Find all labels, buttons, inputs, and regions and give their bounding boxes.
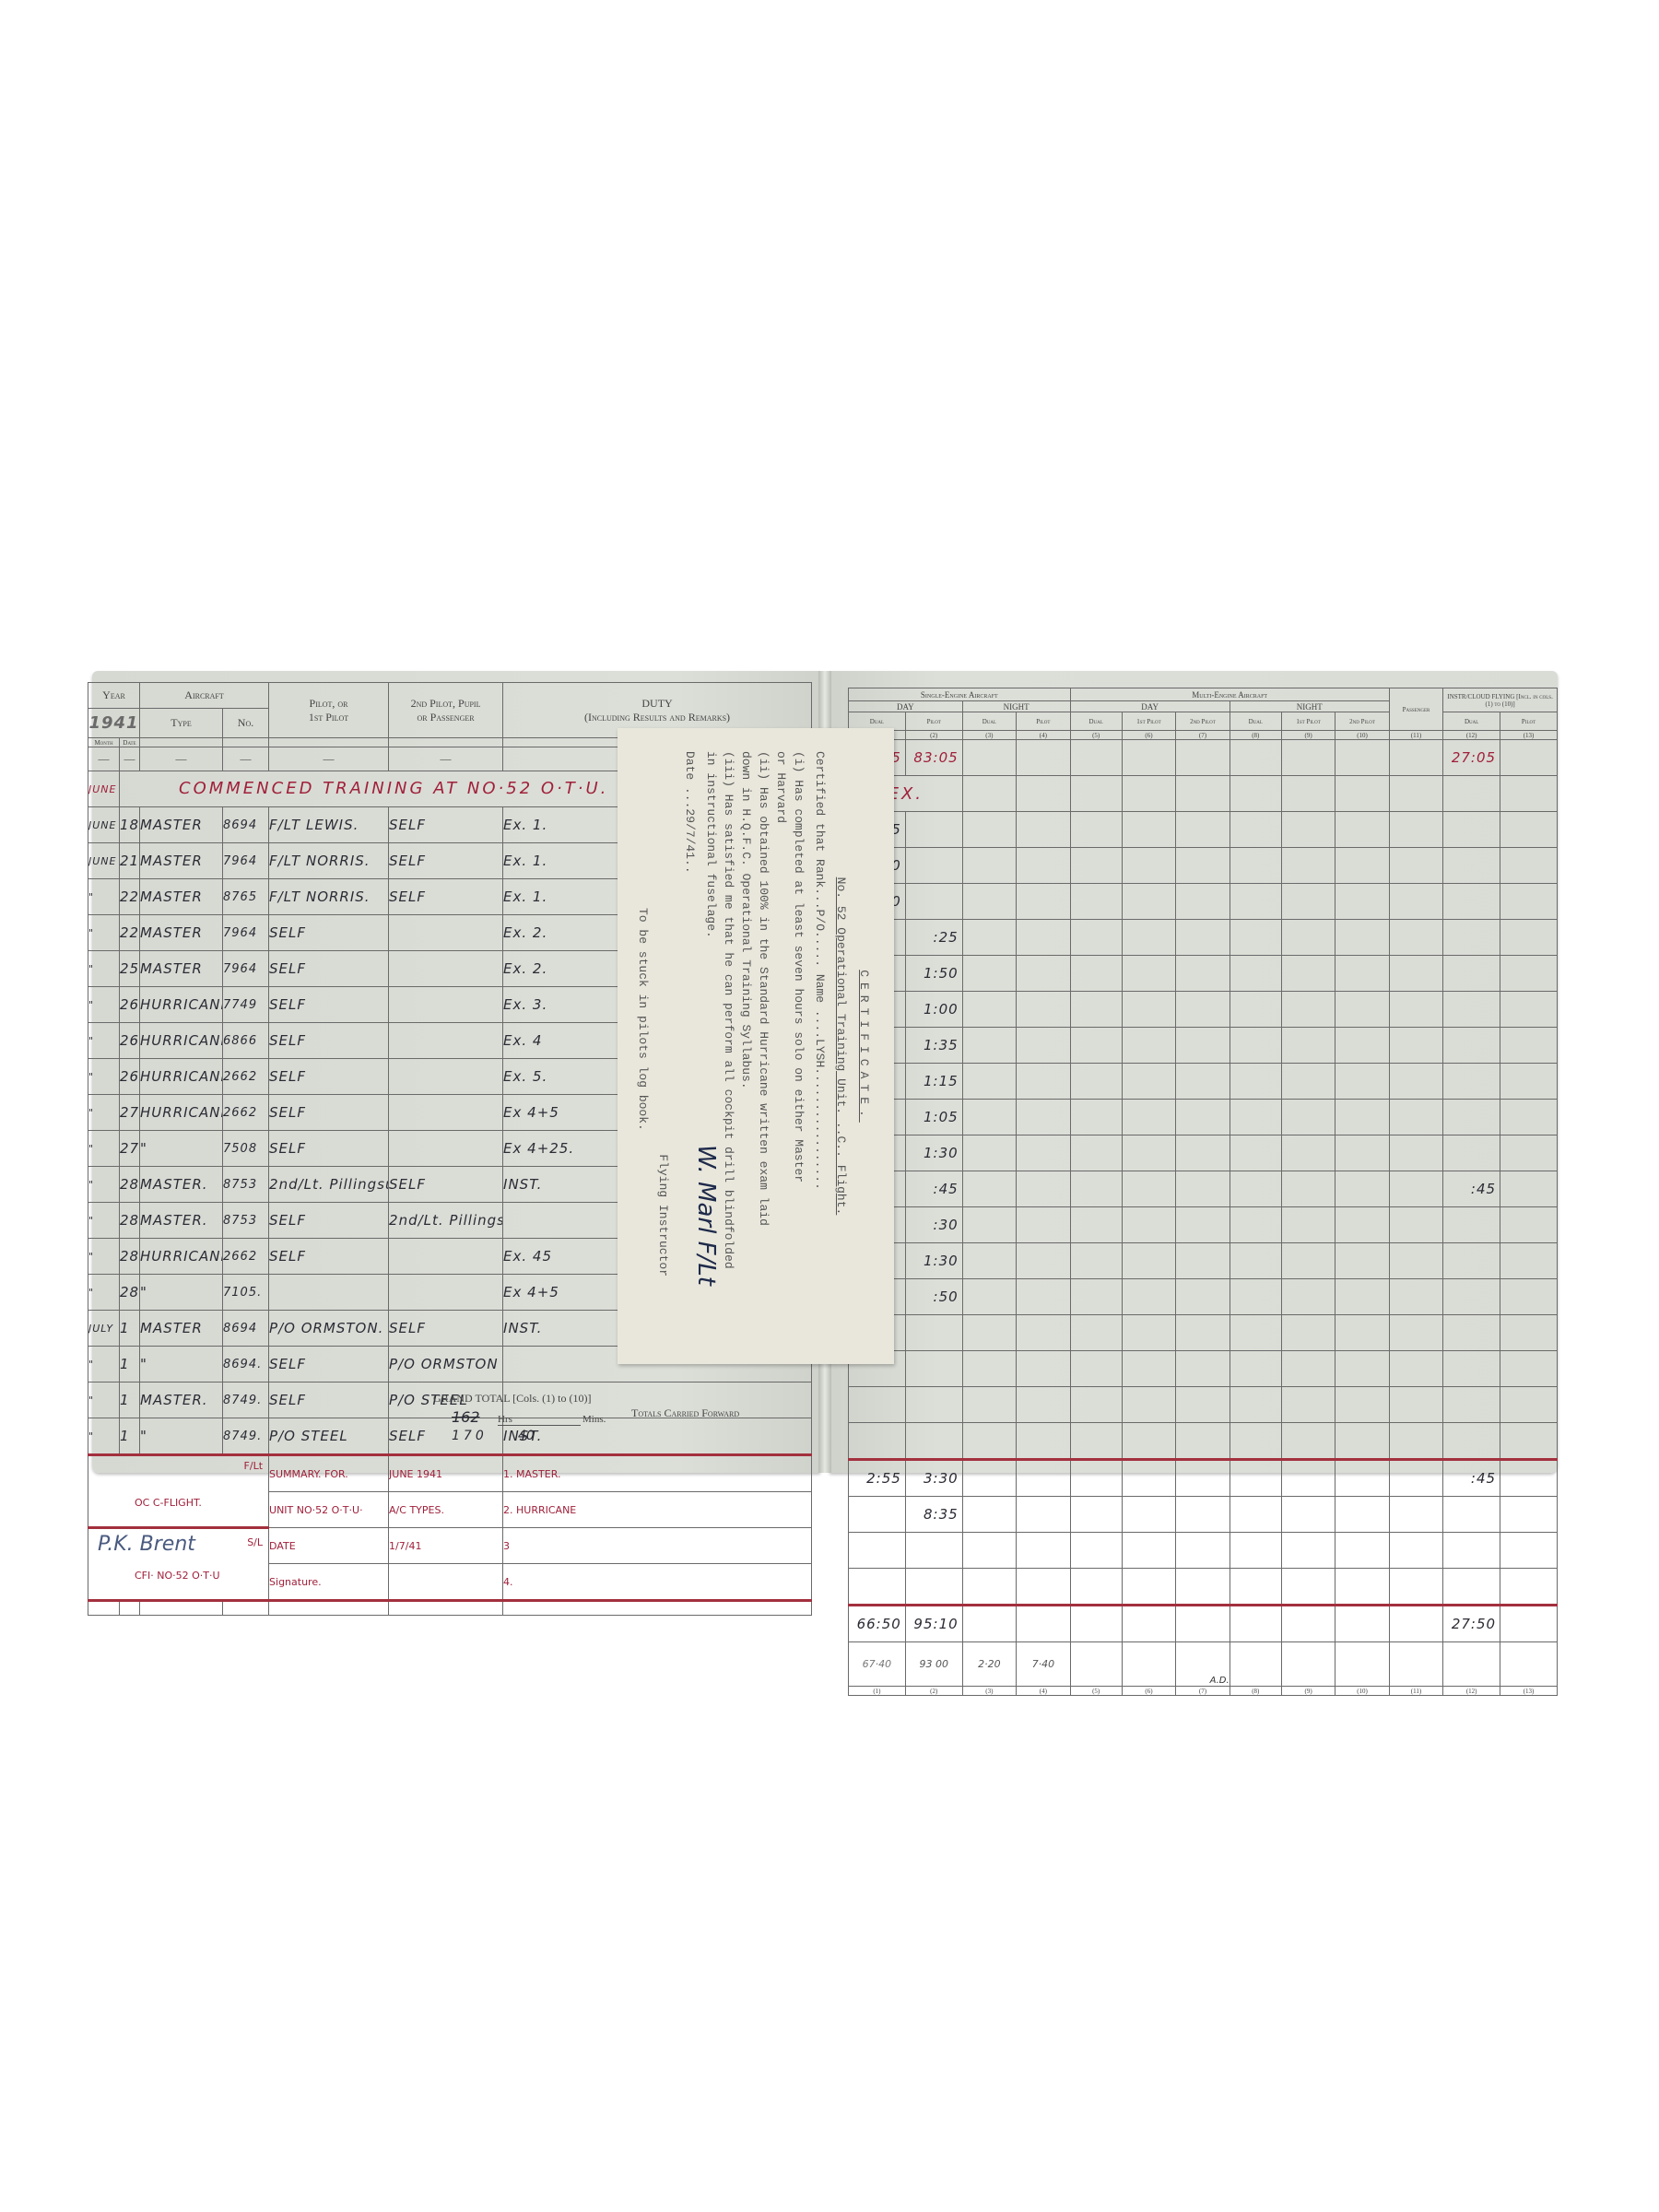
year-value: 1941 <box>88 709 140 738</box>
instr-dual-time <box>1443 1279 1500 1315</box>
column-number: (10) <box>1335 1687 1389 1696</box>
right-log-table: Single-Engine Aircraft Multi-Engine Airc… <box>848 688 1558 1696</box>
entry-first-pilot: SELF <box>269 1239 389 1275</box>
entry-month: " <box>88 1275 120 1311</box>
entry-first-pilot: F/LT NORRIS. <box>269 843 389 879</box>
flying-time-row: :50 <box>849 1279 1558 1315</box>
entry-month: JUNE <box>88 807 120 843</box>
column-number: (4) <box>1017 731 1070 740</box>
entry-first-pilot: F/LT NORRIS. <box>269 879 389 915</box>
instr-dual-time <box>1443 1243 1500 1279</box>
column-number: (2) <box>905 1687 962 1696</box>
entry-first-pilot: SELF <box>269 1131 389 1167</box>
flying-time-row: 1:05 <box>849 1100 1558 1135</box>
summary-label-1: SUMMARY. FOR. <box>269 1455 389 1492</box>
entry-first-pilot <box>269 1275 389 1311</box>
entry-date: 28 <box>120 1275 140 1311</box>
entry-month: " <box>88 951 120 987</box>
column-number: (12) <box>1443 1687 1500 1696</box>
column-number: (6) <box>1122 731 1175 740</box>
se-day-pilot-time: :30 <box>905 1207 962 1243</box>
entry-date: 28 <box>120 1167 140 1203</box>
entry-first-pilot: 2nd/Lt. Pillingsund <box>269 1167 389 1203</box>
oc-title: OC C-FLIGHT. <box>135 1497 202 1509</box>
entry-month: " <box>88 1167 120 1203</box>
entry-date: 25 <box>120 951 140 987</box>
duty-label-2: (Including Results and Remarks) <box>503 711 811 724</box>
entry-date: 26 <box>120 987 140 1023</box>
flying-time-row: 1:15 <box>849 1064 1558 1100</box>
bf-pilot: 83:05 <box>905 740 962 776</box>
se-day-pilot-time: :25 <box>905 920 962 956</box>
certificate-title: CERTIFICATE. <box>855 751 873 1341</box>
entry-aircraft-no: 7964 <box>223 951 269 987</box>
entry-aircraft-no: 7105. <box>223 1275 269 1311</box>
entry-second-pilot: P/O ORMSTON <box>389 1347 503 1382</box>
entry-aircraft-no: 8753 <box>223 1167 269 1203</box>
instr-dual-time <box>1443 812 1500 848</box>
entry-date: 27 <box>120 1131 140 1167</box>
flying-time-row: :45:45 <box>849 1171 1558 1207</box>
entry-first-pilot: P/O ORMSTON. <box>269 1311 389 1347</box>
entry-date: 1 <box>120 1311 140 1347</box>
grand-total-label: GRAND TOTAL [Cols. (1) to (10)] <box>433 1392 591 1406</box>
col9-header: 1st Pilot <box>1281 712 1335 731</box>
entry-month: " <box>88 915 120 951</box>
summary-type-4: 4. <box>503 1564 812 1601</box>
column-number: (13) <box>1500 1687 1558 1696</box>
entry-month: " <box>88 879 120 915</box>
entry-aircraft-no: 8749. <box>223 1382 269 1418</box>
flying-time-row <box>849 1387 1558 1423</box>
entry-aircraft-no: 2662 <box>223 1059 269 1095</box>
entry-second-pilot <box>389 1275 503 1311</box>
se-day-dual-time <box>849 1497 906 1533</box>
entry-date: 1 <box>120 1382 140 1418</box>
pilot-header: Pilot, or1st Pilot <box>269 683 389 738</box>
year-header: Year <box>88 683 140 709</box>
entry-date: 27 <box>120 1095 140 1131</box>
instr-dual-time <box>1443 1423 1500 1460</box>
cf-col2: 93 00 <box>905 1642 962 1687</box>
entry-first-pilot: SELF <box>269 1059 389 1095</box>
entry-second-pilot <box>389 1023 503 1059</box>
aircraft-header: Aircraft <box>140 683 269 709</box>
instr-dual-time <box>1443 1569 1500 1606</box>
col13-header: Pilot <box>1500 712 1558 731</box>
entry-aircraft-no: 8694. <box>223 1347 269 1382</box>
column-number: (2) <box>905 731 962 740</box>
instr-dual-time <box>1443 1028 1500 1064</box>
flying-time-row: :30 <box>849 1207 1558 1243</box>
entry-second-pilot: SELF <box>389 1311 503 1347</box>
entry-second-pilot <box>389 1059 503 1095</box>
entry-second-pilot: SELF <box>389 843 503 879</box>
entry-month: " <box>88 1382 120 1418</box>
col8-header: Dual <box>1230 712 1281 731</box>
grand-total-hours-crossed: 162 <box>452 1408 480 1426</box>
entry-date: 21 <box>120 843 140 879</box>
flying-time-row: 8:35 <box>849 1497 1558 1533</box>
col4-header: Pilot <box>1017 712 1070 731</box>
se-day-dual-time <box>849 1387 906 1423</box>
se-day-pilot-time <box>905 884 962 920</box>
grand-total-hours: 170 <box>452 1429 488 1443</box>
summary-label-3: DATE <box>269 1528 389 1564</box>
entry-aircraft-type: HURRICANE <box>140 1059 223 1095</box>
second-pilot-header: 2nd Pilot, Pupilor Passenger <box>389 683 503 738</box>
se-day-pilot-time <box>905 1423 962 1460</box>
instr-dual-time <box>1443 1315 1500 1351</box>
pilot-log-book: Year Aircraft Pilot, or1st Pilot 2nd Pil… <box>92 671 1567 1482</box>
column-number: (4) <box>1017 1687 1070 1696</box>
entry-first-pilot: SELF <box>269 1382 389 1418</box>
entry-aircraft-type: MASTER <box>140 915 223 951</box>
entry-first-pilot: P/O STEEL <box>269 1418 389 1455</box>
certificate-item-2: (ii) Has obtained 100% in the Standard H… <box>755 751 772 1341</box>
grand-total-mins: 40 <box>518 1429 535 1443</box>
summary-type-1: 1. MASTER. <box>503 1455 812 1492</box>
entry-second-pilot: SELF <box>389 1167 503 1203</box>
column-number: (8) <box>1230 731 1281 740</box>
instr-dual-time <box>1443 920 1500 956</box>
entry-second-pilot: SELF <box>389 807 503 843</box>
aircraft-label: Aircraft <box>184 688 223 701</box>
total-instr-dual: 27:50 <box>1443 1606 1500 1642</box>
se-day-pilot-time: 1:35 <box>905 1028 962 1064</box>
entry-month: " <box>88 1418 120 1455</box>
column-number: (7) <box>1176 1687 1230 1696</box>
entry-aircraft-no: 8749. <box>223 1418 269 1455</box>
entry-month: " <box>88 1023 120 1059</box>
col6-header: 1st Pilot <box>1122 712 1175 731</box>
summary-label-2: UNIT NO·52 O·T·U· <box>269 1492 389 1528</box>
col2-header: Pilot <box>905 712 962 731</box>
type-header: Type <box>140 709 223 738</box>
se-day-pilot-time: 1:15 <box>905 1064 962 1100</box>
entry-month: JULY <box>88 1311 120 1347</box>
entry-date: 22 <box>120 879 140 915</box>
entry-first-pilot: SELF <box>269 1095 389 1131</box>
se-day-pilot-time: 1:30 <box>905 1243 962 1279</box>
log-entry-row: "1"8749.P/O STEELSELFINST. <box>88 1418 812 1455</box>
col5-header: Dual <box>1070 712 1122 731</box>
column-number: (8) <box>1230 1687 1281 1696</box>
entry-aircraft-no: 2662 <box>223 1239 269 1275</box>
flying-time-row: 1:30 <box>849 1135 1558 1171</box>
entry-second-pilot: SELF <box>389 879 503 915</box>
col12-header: Dual <box>1443 712 1500 731</box>
flying-time-row: 1:50 <box>849 956 1558 992</box>
column-number: (3) <box>962 1687 1016 1696</box>
entry-date: 28 <box>120 1239 140 1275</box>
entry-month: " <box>88 1203 120 1239</box>
summary-value-3: 1/7/41 <box>389 1528 503 1564</box>
oc-rank: F/Lt <box>244 1460 263 1472</box>
entry-aircraft-no: 7749 <box>223 987 269 1023</box>
se-day-pilot-time <box>905 812 962 848</box>
entry-date: 26 <box>120 1023 140 1059</box>
col7-header: 2nd Pilot <box>1176 712 1230 731</box>
entry-aircraft-type: MASTER <box>140 807 223 843</box>
certificate-certified: Certified that Rank...P/O..... Name ....… <box>811 751 829 1341</box>
entry-aircraft-no: 8694 <box>223 807 269 843</box>
se-day-pilot-time: :45 <box>905 1171 962 1207</box>
certificate-content: CERTIFICATE. No. 52 Operational Training… <box>631 751 880 1341</box>
certificate-card: CERTIFICATE. No. 52 Operational Training… <box>618 728 894 1364</box>
se-day-pilot-time: 8:35 <box>905 1497 962 1533</box>
se-day-dual-time: 2:55 <box>849 1460 906 1497</box>
entry-month: " <box>88 1347 120 1382</box>
entry-month: " <box>88 987 120 1023</box>
instr-dual-time <box>1443 1533 1500 1569</box>
column-number: (11) <box>1389 731 1442 740</box>
second-pilot-label: 2nd Pilot, Pupil <box>389 697 502 711</box>
column-number: (11) <box>1389 1687 1442 1696</box>
column-number: (12) <box>1443 731 1500 740</box>
entry-first-pilot: SELF <box>269 1347 389 1382</box>
col10-header: 2nd Pilot <box>1335 712 1389 731</box>
second-pilot-label-2: or Passenger <box>389 711 502 724</box>
entry-aircraft-type: MASTER. <box>140 1203 223 1239</box>
entry-aircraft-no: 8753 <box>223 1203 269 1239</box>
instr-dual-time <box>1443 1135 1500 1171</box>
se-day-pilot-time: 1:30 <box>905 1135 962 1171</box>
passenger-header: Passenger <box>1389 688 1442 731</box>
cfi-signature-cell: P.K. Brent S/L CFI· NO·52 O·T·U <box>88 1528 269 1601</box>
se-day-pilot-time: :50 <box>905 1279 962 1315</box>
entry-date: 28 <box>120 1203 140 1239</box>
entry-aircraft-type: " <box>140 1275 223 1311</box>
instructor-role: Flying Instructor <box>654 1154 672 1277</box>
pilot-label: Pilot, or <box>269 697 388 711</box>
entry-first-pilot: SELF <box>269 1203 389 1239</box>
entry-aircraft-type: " <box>140 1347 223 1382</box>
cfi-title: CFI· NO·52 O·T·U <box>135 1570 220 1582</box>
se-day-pilot-time: 3:30 <box>905 1460 962 1497</box>
entry-second-pilot <box>389 951 503 987</box>
date-header: Date <box>120 738 140 747</box>
flying-time-row <box>849 1423 1558 1460</box>
se-day-header: DAY <box>849 701 963 712</box>
entry-aircraft-no: 7964 <box>223 915 269 951</box>
cf-col1: 67·40 <box>849 1642 906 1687</box>
entry-aircraft-type: " <box>140 1418 223 1455</box>
year-label: Year <box>102 688 125 701</box>
single-engine-header: Single-Engine Aircraft <box>849 688 1071 701</box>
flying-time-row: 2:553:30:45 <box>849 1460 1558 1497</box>
instr-cloud-header: INSTR/CLOUD FLYING [Incl. in cols. (1) t… <box>1443 688 1558 712</box>
flying-time-row: 1:35 <box>849 1028 1558 1064</box>
entry-aircraft-no: 6866 <box>223 1023 269 1059</box>
se-day-dual-time <box>849 1533 906 1569</box>
me-night-header: NIGHT <box>1230 701 1389 712</box>
entry-first-pilot: SELF <box>269 951 389 987</box>
entry-second-pilot: 2nd/Lt. Pillingsund <box>389 1203 503 1239</box>
entry-aircraft-type: HURRICANE <box>140 1023 223 1059</box>
se-night-header: NIGHT <box>962 701 1070 712</box>
flying-time-row: 1:15 <box>849 812 1558 848</box>
entry-aircraft-type: " <box>140 1131 223 1167</box>
entry-aircraft-type: HURRICANE <box>140 1239 223 1275</box>
entry-aircraft-type: MASTER. <box>140 1382 223 1418</box>
me-day-header: DAY <box>1070 701 1230 712</box>
summary-type-3: 3 <box>503 1528 812 1564</box>
totals-carried-forward-label: Totals Carried Forward <box>631 1406 739 1420</box>
instr-dual-time <box>1443 992 1500 1028</box>
entry-month: JUNE <box>88 843 120 879</box>
entry-second-pilot <box>389 1095 503 1131</box>
flying-time-row <box>849 1351 1558 1387</box>
banner-text: COMMENCED TRAINING AT NO·52 O·T·U. <box>175 779 608 798</box>
entry-aircraft-no: 2662 <box>223 1095 269 1131</box>
instr-dual-time <box>1443 956 1500 992</box>
entry-second-pilot <box>389 987 503 1023</box>
total-dual: 66:50 <box>849 1606 906 1642</box>
instr-dual-time <box>1443 1100 1500 1135</box>
se-day-pilot-time <box>905 1533 962 1569</box>
summary-label-4: Signature. <box>269 1564 389 1601</box>
instructor-signature: W. Marl F/Lt <box>697 1145 714 1286</box>
column-number: (9) <box>1281 1687 1335 1696</box>
instr-dual-time <box>1443 848 1500 884</box>
entry-duty: INST. <box>503 1418 812 1455</box>
multi-engine-header: Multi-Engine Aircraft <box>1070 688 1389 701</box>
banner-month: JUNE <box>88 771 120 807</box>
bf-instr-dual: 27:05 <box>1443 740 1500 776</box>
instr-dual-time <box>1443 1351 1500 1387</box>
entry-aircraft-type: MASTER. <box>140 1167 223 1203</box>
cf-col4: 7·40 <box>1017 1642 1070 1687</box>
se-day-pilot-time <box>905 1351 962 1387</box>
entry-first-pilot: SELF <box>269 915 389 951</box>
column-number: (6) <box>1122 1687 1175 1696</box>
flying-time-row <box>849 1315 1558 1351</box>
instr-dual-time: :45 <box>1443 1460 1500 1497</box>
certificate-unit: No. 52 Operational Training Unit. ..C.. … <box>832 751 850 1341</box>
entry-first-pilot: SELF <box>269 1023 389 1059</box>
flying-time-row: :50 <box>849 884 1558 920</box>
flying-time-row: 1:30 <box>849 1243 1558 1279</box>
entry-month: " <box>88 1131 120 1167</box>
entry-date: 18 <box>120 807 140 843</box>
entry-month: " <box>88 1059 120 1095</box>
summary-type-2: 2. HURRICANE <box>503 1492 812 1528</box>
entry-aircraft-type: MASTER <box>140 951 223 987</box>
instr-dual-time <box>1443 1497 1500 1533</box>
cf-col3: 2·20 <box>962 1642 1016 1687</box>
entry-aircraft-type: HURRICANE <box>140 987 223 1023</box>
column-number: (5) <box>1070 1687 1122 1696</box>
se-day-pilot-time: 1:05 <box>905 1100 962 1135</box>
entry-aircraft-no: 8765 <box>223 879 269 915</box>
entry-second-pilot <box>389 1131 503 1167</box>
column-number: (7) <box>1176 731 1230 740</box>
total-pilot: 95:10 <box>905 1606 962 1642</box>
entry-month: " <box>88 1239 120 1275</box>
flying-time-row: :25 <box>849 920 1558 956</box>
entry-date: 26 <box>120 1059 140 1095</box>
hrs-label: Hrs <box>498 1414 512 1425</box>
entry-month: " <box>88 1095 120 1131</box>
col3-header: Dual <box>962 712 1016 731</box>
instr-dual-time <box>1443 1207 1500 1243</box>
cfi-rank: S/L <box>247 1536 263 1548</box>
column-number: (5) <box>1070 731 1122 740</box>
entry-aircraft-no: 7508 <box>223 1131 269 1167</box>
entry-first-pilot: SELF <box>269 987 389 1023</box>
cfi-signature: P.K. Brent <box>98 1533 195 1556</box>
instr-dual-time <box>1443 1064 1500 1100</box>
column-number: (3) <box>962 731 1016 740</box>
summary-value-2: A/C TYPES. <box>389 1492 503 1528</box>
instr-dual-time <box>1443 884 1500 920</box>
entry-aircraft-no: 8694 <box>223 1311 269 1347</box>
instr-dual-time <box>1443 1387 1500 1423</box>
entry-date: 1 <box>120 1347 140 1382</box>
se-day-dual-time <box>849 1423 906 1460</box>
flying-time-row <box>849 1533 1558 1569</box>
entry-date: 1 <box>120 1418 140 1455</box>
entry-aircraft-type: MASTER <box>140 879 223 915</box>
column-number: (1) <box>849 1687 906 1696</box>
se-day-pilot-time: 1:50 <box>905 956 962 992</box>
certificate-footnote: To be stuck in pilots log book. <box>634 908 652 1131</box>
instr-dual-time: :45 <box>1443 1171 1500 1207</box>
cf-col7: A.D. <box>1176 1642 1230 1687</box>
column-number: (10) <box>1335 731 1389 740</box>
entry-aircraft-type: HURRICANE <box>140 1095 223 1131</box>
se-day-pilot-time <box>905 1315 962 1351</box>
column-number: (9) <box>1281 731 1335 740</box>
entry-first-pilot: F/LT LEWIS. <box>269 807 389 843</box>
certificate-item-1: (i) Has completed at least seven hours s… <box>790 751 807 1341</box>
entry-date: 22 <box>120 915 140 951</box>
entry-aircraft-no: 7964 <box>223 843 269 879</box>
se-day-pilot-time <box>905 1569 962 1606</box>
certificate-item-1b: or Harvard <box>772 751 790 1341</box>
oc-signature-cell: H. Norris F/Lt OC C-FLIGHT. <box>88 1455 269 1528</box>
oc-signature: H. Norris <box>107 1455 195 1462</box>
se-day-pilot-time <box>905 1387 962 1423</box>
entry-aircraft-type: MASTER <box>140 843 223 879</box>
se-day-pilot-time <box>905 848 962 884</box>
month-header: Month <box>88 738 120 747</box>
mins-label: Mins. <box>582 1414 606 1425</box>
pilot-label-2: 1st Pilot <box>269 711 388 724</box>
entry-aircraft-type: MASTER <box>140 1311 223 1347</box>
duty-label: DUTY <box>503 697 811 711</box>
entry-second-pilot <box>389 1239 503 1275</box>
no-header: No. <box>223 709 269 738</box>
summary-value-1: JUNE 1941 <box>389 1455 503 1492</box>
se-day-pilot-time: 1:00 <box>905 992 962 1028</box>
entry-second-pilot <box>389 915 503 951</box>
certificate-item-2b: down in H.Q.F.C. Operational Training Sy… <box>737 751 755 1341</box>
flying-time-row: :50 <box>849 848 1558 884</box>
flying-time-row <box>849 1569 1558 1606</box>
certificate-item-3: (iii) Has satisfied me that he can perfo… <box>720 751 737 1341</box>
se-day-dual-time <box>849 1569 906 1606</box>
column-number: (13) <box>1500 731 1558 740</box>
flying-time-row: 1:00 <box>849 992 1558 1028</box>
